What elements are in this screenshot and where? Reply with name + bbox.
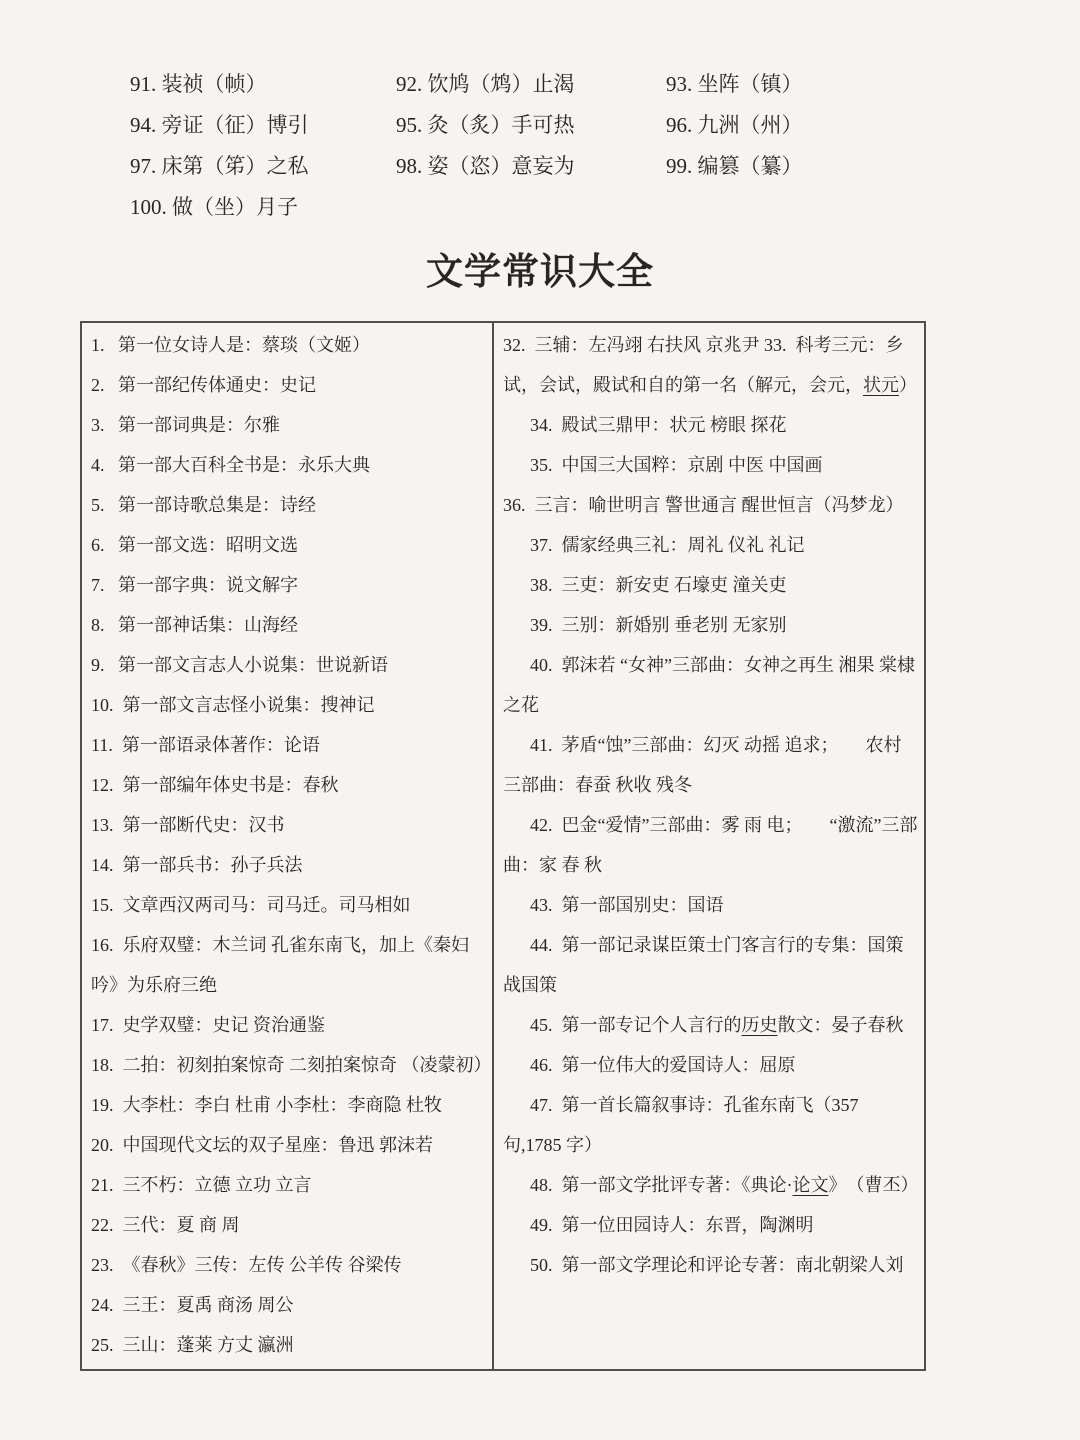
list-item: 43. 第一部国别史：国语 bbox=[503, 885, 919, 925]
correction-item: 92. 饮鸠（鸩）止渴 bbox=[396, 64, 575, 105]
table-col-right: 32. 三辅：左冯翊 右扶风 京兆尹 33. 科考三元：乡试，会试，殿试和自的第… bbox=[492, 323, 924, 1369]
list-item: 25. 三山：蓬莱 方丈 瀛洲 bbox=[91, 1325, 487, 1365]
list-item: 11. 第一部语录体著作：论语 bbox=[91, 725, 487, 765]
list-item: 50. 第一部文学理论和评论专著：南北朝梁人刘 bbox=[503, 1245, 919, 1285]
correction-item: 95. 灸（炙）手可热 bbox=[396, 105, 575, 146]
list-item: 1. 第一位女诗人是：蔡琰（文姬） bbox=[91, 325, 487, 365]
correction-row: 91. 装祯（帧）92. 饮鸠（鸩）止渴93. 坐阵（镇） bbox=[130, 64, 1080, 105]
underlined-text: 论文 bbox=[793, 1175, 829, 1195]
list-item: 34. 殿试三鼎甲：状元 榜眼 探花 bbox=[503, 405, 919, 445]
list-item: 13. 第一部断代史：汉书 bbox=[91, 805, 487, 845]
correction-item: 99. 编篡（纂） bbox=[666, 146, 803, 187]
correction-item: 97. 床第（笫）之私 bbox=[130, 146, 309, 187]
correction-item: 94. 旁证（征）博引 bbox=[130, 105, 309, 146]
list-item: 15. 文章西汉两司马：司马迁。司马相如 bbox=[91, 885, 487, 925]
list-item: 47. 第一首长篇叙事诗：孔雀东南飞（357 句,1785 字） bbox=[503, 1085, 919, 1165]
list-item: 12. 第一部编年体史书是：春秋 bbox=[91, 765, 487, 805]
underlined-text: 状元 bbox=[863, 375, 899, 395]
list-item: 49. 第一位田园诗人：东晋，陶渊明 bbox=[503, 1205, 919, 1245]
list-item: 32. 三辅：左冯翊 右扶风 京兆尹 33. 科考三元：乡试，会试，殿试和自的第… bbox=[503, 325, 919, 405]
list-item: 5. 第一部诗歌总集是：诗经 bbox=[91, 485, 487, 525]
table-col-left: 1. 第一位女诗人是：蔡琰（文姬）2. 第一部纪传体通史：史记3. 第一部词典是… bbox=[82, 323, 492, 1369]
list-item: 41. 茅盾“蚀”三部曲：幻灭 动摇 追求； 农村三部曲：春蚕 秋收 残冬 bbox=[503, 725, 919, 805]
list-item: 37. 儒家经典三礼：周礼 仪礼 礼记 bbox=[503, 525, 919, 565]
correction-item: 96. 九洲（州） bbox=[666, 105, 803, 146]
list-item: 38. 三吏：新安吏 石壕吏 潼关吏 bbox=[503, 565, 919, 605]
list-item: 3. 第一部词典是：尔雅 bbox=[91, 405, 487, 445]
correction-list: 91. 装祯（帧）92. 饮鸠（鸩）止渴93. 坐阵（镇）94. 旁证（征）博引… bbox=[130, 64, 1080, 228]
list-item: 35. 中国三大国粹：京剧 中医 中国画 bbox=[503, 445, 919, 485]
list-item: 16. 乐府双璧：木兰词 孔雀东南飞，加上《秦妇吟》为乐府三绝 bbox=[91, 925, 487, 1005]
correction-row: 94. 旁证（征）博引95. 灸（炙）手可热96. 九洲（州） bbox=[130, 105, 1080, 146]
correction-row: 97. 床第（笫）之私98. 姿（恣）意妄为99. 编篡（纂） bbox=[130, 146, 1080, 187]
literary-facts-table: 1. 第一位女诗人是：蔡琰（文姬）2. 第一部纪传体通史：史记3. 第一部词典是… bbox=[80, 321, 926, 1371]
list-item: 23. 《春秋》三传：左传 公羊传 谷梁传 bbox=[91, 1245, 487, 1285]
page-title: 文学常识大全 bbox=[0, 250, 1080, 296]
list-item: 2. 第一部纪传体通史：史记 bbox=[91, 365, 487, 405]
list-item: 6. 第一部文选：昭明文选 bbox=[91, 525, 487, 565]
list-item: 20. 中国现代文坛的双子星座：鲁迅 郭沫若 bbox=[91, 1125, 487, 1165]
list-item: 7. 第一部字典：说文解字 bbox=[91, 565, 487, 605]
list-item: 8. 第一部神话集：山海经 bbox=[91, 605, 487, 645]
list-item: 21. 三不朽：立德 立功 立言 bbox=[91, 1165, 487, 1205]
list-item: 45. 第一部专记个人言行的历史散文：晏子春秋 bbox=[503, 1005, 919, 1045]
list-item: 4. 第一部大百科全书是：永乐大典 bbox=[91, 445, 487, 485]
list-item: 9. 第一部文言志人小说集：世说新语 bbox=[91, 645, 487, 685]
list-item: 18. 二拍：初刻拍案惊奇 二刻拍案惊奇 （凌蒙初） bbox=[91, 1045, 487, 1085]
correction-item: 98. 姿（恣）意妄为 bbox=[396, 146, 575, 187]
list-item: 48. 第一部文学批评专著：《典论·论文》 （曹丕） bbox=[503, 1165, 919, 1205]
list-item: 17. 史学双璧：史记 资治通鉴 bbox=[91, 1005, 487, 1045]
correction-item: 100. 做（坐）月子 bbox=[130, 187, 298, 228]
list-item: 44. 第一部记录谋臣策士门客言行的专集：国策 战国策 bbox=[503, 925, 919, 1005]
list-item: 19. 大李杜：李白 杜甫 小李杜：李商隐 杜牧 bbox=[91, 1085, 487, 1125]
underlined-text: 历史 bbox=[742, 1015, 778, 1035]
list-item: 39. 三别：新婚别 垂老别 无家别 bbox=[503, 605, 919, 645]
list-item: 36. 三言：喻世明言 警世通言 醒世恒言（冯梦龙） bbox=[503, 485, 919, 525]
list-item: 46. 第一位伟大的爱国诗人：屈原 bbox=[503, 1045, 919, 1085]
correction-item: 91. 装祯（帧） bbox=[130, 64, 267, 105]
list-item: 42. 巴金“爱情”三部曲：雾 雨 电； “激流”三部曲：家 春 秋 bbox=[503, 805, 919, 885]
correction-row: 100. 做（坐）月子 bbox=[130, 187, 1080, 228]
list-item: 14. 第一部兵书：孙子兵法 bbox=[91, 845, 487, 885]
list-item: 24. 三王：夏禹 商汤 周公 bbox=[91, 1285, 487, 1325]
list-item: 10. 第一部文言志怪小说集：搜神记 bbox=[91, 685, 487, 725]
correction-item: 93. 坐阵（镇） bbox=[666, 64, 803, 105]
list-item: 40. 郭沫若 “女神”三部曲：女神之再生 湘果 棠棣之花 bbox=[503, 645, 919, 725]
list-item: 22. 三代：夏 商 周 bbox=[91, 1205, 487, 1245]
